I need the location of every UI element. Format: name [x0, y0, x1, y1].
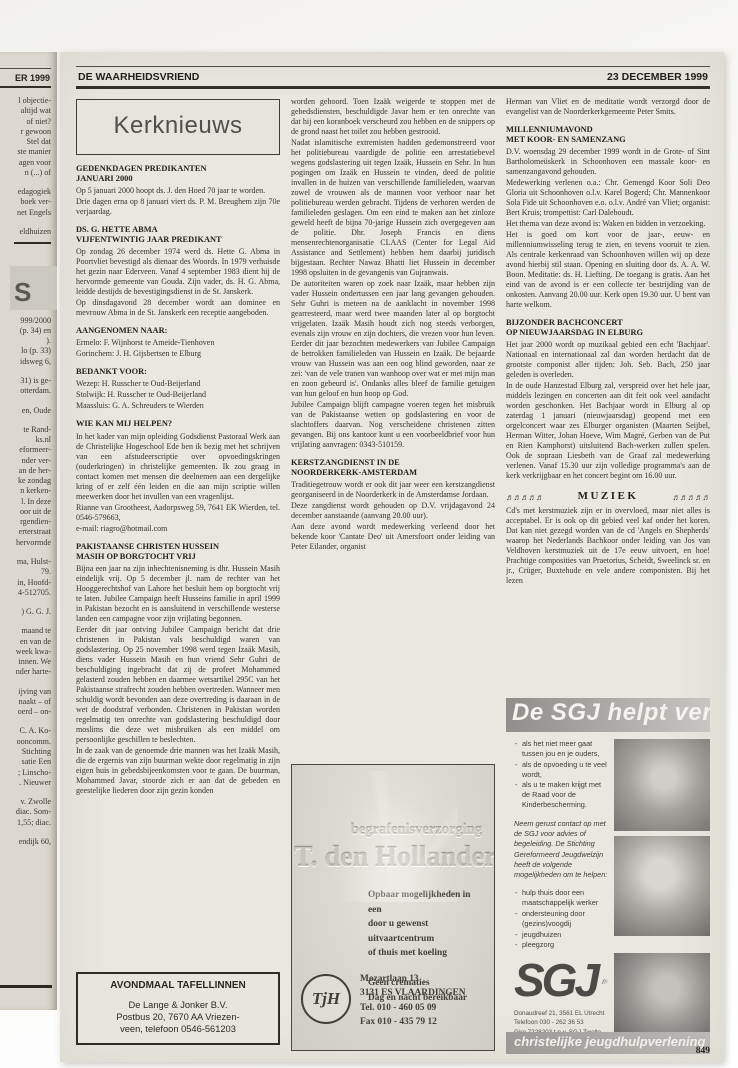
section-title: Kerknieuws: [113, 112, 242, 139]
paragraph: Wezep: H. Russcher te Oud-Beijerland: [76, 379, 280, 389]
sgj-logo-row: SGJ: [514, 960, 608, 1001]
section-heading: BIJZONDER BACHCONCERTOP NIEUWJAARSDAG IN…: [506, 318, 710, 338]
heading-line: OP NIEUWJAARSDAG IN ELBURG: [506, 328, 710, 338]
newspaper-page: DE WAARHEIDSVRIEND 23 DECEMBER 1999 Kerk…: [60, 52, 724, 1062]
previous-page-bottom-rule: [0, 985, 52, 988]
ad-line: De Lange & Jonker B.V.: [80, 999, 276, 1011]
left-strip-body: l objectie-altijd watof niet?r gewoonSte…: [0, 96, 51, 847]
cut-text-line: rgendien-: [0, 517, 51, 527]
ad-line: of thuis met koeling: [368, 946, 486, 961]
cut-text-line: v. Zwolle: [0, 797, 51, 807]
cut-text-line: 79.: [0, 567, 51, 577]
spacer: [0, 218, 51, 227]
ad-line: door u gewenst uitvaartcentrum: [368, 917, 486, 946]
section-heading: KERSTZANGDIENST IN DENOORDERKERK-AMSTERD…: [291, 458, 495, 478]
paragraph: Op zondag 26 december 1974 werd ds. Hett…: [76, 247, 280, 297]
sgj-logo: SGJ: [514, 960, 597, 1001]
cut-text-line: ).: [0, 336, 51, 346]
address-line: Mozartlaan 13: [360, 972, 466, 987]
cut-text-line: edagogiek: [0, 187, 51, 197]
cut-text-line: hervormde: [0, 538, 51, 548]
hollander-monogram-logo: TjH: [301, 974, 351, 1024]
heading-line: DS. G. HETTE ABMA: [76, 225, 280, 235]
sgj-bullets-top: als het niet meer gaat tussen jou en je …: [514, 739, 608, 810]
spacer: [0, 617, 51, 626]
issue-date: 23 DECEMBER 1999: [607, 71, 708, 83]
ad-line: Opbaar mogelijkheden in een: [368, 888, 486, 917]
paragraph: Deze zangdienst wordt gehouden op D.V. v…: [291, 501, 495, 521]
sgj-bullet: hulp thuis door een maatschappelijk werk…: [514, 888, 608, 908]
cut-text-line: eformeer-: [0, 445, 51, 455]
cut-text-line: en, Oude: [0, 406, 51, 416]
paragraph: Het jaar 2000 wordt op muzikaal gebied e…: [506, 340, 710, 380]
spacer: [0, 717, 51, 726]
heading-line: BEDANKT VOOR:: [76, 367, 280, 377]
paragraph: Gorinchem: J. H. Gijsbertsen te Elburg: [76, 349, 280, 359]
cut-text-line: erterstraat: [0, 527, 51, 537]
content-columns: Kerknieuws GEDENKDAGEN PREDIKANTENJANUAR…: [76, 97, 710, 1059]
column-2-text: worden gehoord. Toen Izaäk weigerde te s…: [291, 97, 495, 553]
ad-line: veen, telefoon 0546-561203: [80, 1023, 276, 1035]
paragraph: Ermelo: F. Wijnhorst te Ameide-Tienhoven: [76, 338, 280, 348]
paragraph: Eerder dit jaar ontving Jubilee Campaign…: [76, 625, 280, 745]
heading-line: MASIH OP BORGTOCHT VRIJ: [76, 552, 280, 562]
cut-text-line: . Nieuwer: [0, 778, 51, 788]
spacer: [0, 828, 51, 837]
cut-text-line: innen. We: [0, 657, 51, 667]
paragraph: Op 5 januari 2000 hoopt ds. J. den Hoed …: [76, 186, 280, 196]
cut-text-line: r gewoon: [0, 127, 51, 137]
music-notes-icon: ♬♬♬♬♬: [673, 492, 711, 503]
cut-text-line: otterdam.: [0, 386, 51, 396]
hollander-kicker: begrafenisverzorging: [300, 821, 486, 839]
cut-text-line: maand te: [0, 626, 51, 636]
cut-text-line: altijd wat: [0, 106, 51, 116]
cut-text-line: l. In deze: [0, 497, 51, 507]
photo-girl: [614, 836, 710, 936]
section-title-box: Kerknieuws: [76, 99, 280, 155]
cut-text-line: n kerken-: [0, 486, 51, 496]
paragraph: worden gehoord. Toen Izaäk weigerde te s…: [291, 97, 495, 137]
photo-boy-with-cap: [614, 739, 710, 831]
cut-text-line: ma, Hulst-: [0, 557, 51, 567]
paragraph: Op dinsdagavond 28 december wordt aan do…: [76, 298, 280, 318]
sgj-bullet: als het niet meer gaat tussen jou en je …: [514, 739, 608, 759]
cut-text-line: 1,55; diac.: [0, 818, 51, 828]
spacer: [0, 416, 51, 425]
heading-line: VIJFENTWINTIG JAAR PREDIKANT: [76, 235, 280, 245]
spacer: [0, 367, 51, 376]
spacer: [0, 678, 51, 687]
ad-sgj: De SGJ helpt verder als het niet meer ga…: [506, 698, 710, 1054]
sgj-photos: [614, 739, 710, 1043]
heading-line: MET KOOR- EN SAMENZANG: [506, 135, 710, 145]
ad-den-hollander: begrafenisverzorging T. den Hollander Op…: [291, 764, 495, 1051]
sgj-bullet: pleegzorg: [514, 940, 608, 950]
spacer: [0, 178, 51, 187]
paragraph: Nadat islamitische extremisten hadden ge…: [291, 138, 495, 278]
spacer: [0, 397, 51, 406]
cut-text-line: ke zondag: [0, 476, 51, 486]
paragraph: De autoriteiten waren op zoek naar Izaäk…: [291, 279, 495, 399]
column-1-text: GEDENKDAGEN PREDIKANTENJANUARI 2000Op 5 …: [76, 164, 280, 797]
paragraph: D.V. woensdag 29 december 1999 wordt in …: [506, 147, 710, 177]
column-1: Kerknieuws GEDENKDAGEN PREDIKANTENJANUAR…: [76, 97, 280, 1059]
paragraph: Jubilee Campaign blijft campagne voeren …: [291, 400, 495, 450]
address-line: Fax 010 - 435 79 12: [360, 1015, 466, 1030]
sgj-bullet: als u te maken krijgt met de Raad voor d…: [514, 780, 608, 810]
heading-line: NOORDERKERK-AMSTERDAM: [291, 468, 495, 478]
cut-text-line: l objectie-: [0, 96, 51, 106]
section-heading: MILLENNIUMAVONDMET KOOR- EN SAMENZANG: [506, 125, 710, 145]
heading-line: KERSTZANGDIENST IN DE: [291, 458, 495, 468]
hollander-address: Mozartlaan 133131 ES VLAARDINGENTel. 010…: [360, 972, 466, 1030]
section-heading: DS. G. HETTE ABMAVIJFENTWINTIG JAAR PRED…: [76, 225, 280, 245]
paragraph: Stolwijk: H. Russcher te Oud-Beijerland: [76, 390, 280, 400]
sgj-bullet: ondersteuning door (gezins)voogdij: [514, 909, 608, 929]
section-heading: GEDENKDAGEN PREDIKANTENJANUARI 2000: [76, 164, 280, 184]
publication-title: DE WAARHEIDSVRIEND: [78, 71, 199, 83]
paragraph: Drie dagen erna op 8 januari viert ds. P…: [76, 197, 280, 217]
section-heading: WIE KAN MIJ HELPEN?: [76, 419, 280, 429]
cut-text-line: n (...) of: [0, 168, 51, 178]
paragraph: Rianne van Grootheest, Aadorpsweg 59, 76…: [76, 503, 280, 523]
music-notes-icon: ♬♬♬♬♬: [506, 492, 544, 503]
section-heading: AANGENOMEN NAAR:: [76, 326, 280, 336]
ad-line: Postbus 20, 7670 AA Vriezen-: [80, 1011, 276, 1023]
cut-text-line: week kwa-: [0, 647, 51, 657]
paragraph: Het thema van deze avond is: Waken en bi…: [506, 219, 710, 229]
cut-text-line: net Engels: [0, 208, 51, 218]
previous-page-edge: ER 1999 l objectie-altijd watof niet?r g…: [0, 52, 57, 1010]
address-line: Telefoon 030 - 262 36 53: [514, 1018, 608, 1028]
heading-line: AANGENOMEN NAAR:: [76, 326, 280, 336]
cut-text-line: 4-512705.: [0, 588, 51, 598]
cut-text-line: in, Hoofd-: [0, 578, 51, 588]
ad-tafellinnen-lines: De Lange & Jonker B.V.Postbus 20, 7670 A…: [80, 999, 276, 1035]
cut-text-line: agen voor: [0, 158, 51, 168]
cut-text-line: an de her-: [0, 466, 51, 476]
section-heading: BEDANKT VOOR:: [76, 367, 280, 377]
sgj-footer-banner: christelijke jeugdhulpverlening: [506, 1032, 710, 1054]
paragraph: In de oude Hanzestad Elburg zal, verspre…: [506, 381, 710, 481]
heading-line: GEDENKDAGEN PREDIKANTEN: [76, 164, 280, 174]
sgj-text: als het niet meer gaat tussen jou en je …: [506, 739, 608, 1043]
cut-text-line: ; Linscho-: [0, 768, 51, 778]
heading-line: MILLENNIUMAVOND: [506, 125, 710, 135]
cut-text-line: Stel dat: [0, 137, 51, 147]
spacer: [0, 249, 51, 258]
cut-text-line: ooncomm.: [0, 737, 51, 747]
cut-text-line: idsweg 6,: [0, 357, 51, 367]
paragraph: Aan deze avond wordt medewerking verleen…: [291, 522, 495, 552]
cut-text-line: naakt – of: [0, 697, 51, 707]
sgj-banner-title: De SGJ helpt verder: [506, 698, 710, 732]
cut-text-line: oor uit de: [0, 507, 51, 517]
cut-text-line: diac. Som-: [0, 807, 51, 817]
heading-line: BIJZONDER BACHCONCERT: [506, 318, 710, 328]
cut-text-line: satie Een: [0, 757, 51, 767]
ad-tafellinnen-title: AVONDMAAL TAFELLINNEN: [80, 980, 276, 993]
paragraph: Herman van Vliet en de meditatie wordt v…: [506, 97, 710, 117]
previous-page-masthead: ER 1999: [0, 68, 51, 88]
cut-text-line: boek ver-: [0, 197, 51, 207]
cut-text-line: 999/2000: [0, 316, 51, 326]
scanned-newspaper: { "colors":{"paper":"#e9e7e0","strip_pap…: [0, 0, 738, 1068]
paragraph: Cd's met kerstmuziek zijn er in overvloe…: [506, 506, 710, 586]
cut-text-line: C. A. Ko-: [0, 726, 51, 736]
column-3-text: Herman van Vliet en de meditatie wordt v…: [506, 97, 710, 587]
page-number: 849: [696, 1046, 710, 1056]
hollander-body: Opbaar mogelijkheden in eendoor u gewens…: [368, 888, 486, 961]
sgj-bullet: als de opvoeding u te veel wordt,: [514, 760, 608, 780]
section-heading: PAKISTAANSE CHRISTEN HUSSEINMASIH OP BOR…: [76, 542, 280, 562]
heading-line: JANUARI 2000: [76, 174, 280, 184]
sgj-body: als het niet meer gaat tussen jou en je …: [506, 739, 710, 1043]
cut-text-line: nder ver-: [0, 456, 51, 466]
cut-text-line: oerd – on-: [0, 707, 51, 717]
cut-text-line: nder harte-: [0, 667, 51, 677]
cut-text-line: 31) is ge-: [0, 376, 51, 386]
spacer: [0, 598, 51, 607]
muziek-label: MUZIEK: [578, 490, 639, 504]
cut-text-line: endijk 60,: [0, 837, 51, 847]
address-line: Donaudreef 21, 3561 EL Utrecht: [514, 1009, 608, 1019]
paragraph: Traditiegetrouw wordt er ook dit jaar we…: [291, 480, 495, 500]
spacer: [0, 788, 51, 797]
hollander-title: T. den Hollander: [294, 840, 486, 875]
cut-text-line: lo (p. 33): [0, 346, 51, 356]
paragraph: e-mail: riagro@hotmail.com: [76, 524, 280, 534]
column-3: Herman van Vliet en de meditatie wordt v…: [506, 97, 710, 1059]
cut-text-line: ks.nl: [0, 435, 51, 445]
column-2: worden gehoord. Toen Izaäk weigerde te s…: [291, 97, 495, 1059]
paragraph: Bijna een jaar na zijn inhechtenisneming…: [76, 564, 280, 624]
sgj-flame-icon: [601, 964, 608, 998]
partial-heading-box: S: [10, 266, 57, 310]
cut-text-line: (p. 34) en: [0, 326, 51, 336]
cut-text-line: ijving van: [0, 687, 51, 697]
ad-avondmaal-tafellinnen: AVONDMAAL TAFELLINNEN De Lange & Jonker …: [76, 972, 280, 1045]
cut-text-line: eldhuizen: [0, 227, 51, 237]
cut-text-line: en van de: [0, 637, 51, 647]
cut-text-line: of niet?: [0, 117, 51, 127]
spacer: [0, 548, 51, 557]
heading-line: PAKISTAANSE CHRISTEN HUSSEIN: [76, 542, 280, 552]
address-line: Tel. 010 - 460 05 09: [360, 1001, 466, 1016]
address-line: 3131 ES VLAARDINGEN: [360, 986, 466, 1001]
masthead: DE WAARHEIDSVRIEND 23 DECEMBER 1999: [76, 66, 710, 89]
cut-text-line: Stichting: [0, 747, 51, 757]
paragraph: Maassluis: G. A. Schreuders te Wierden: [76, 401, 280, 411]
paragraph: In het kader van mijn opleiding Godsdien…: [76, 432, 280, 502]
paragraph: Medewerking verlenen o.a.: Chr. Gemengd …: [506, 178, 710, 218]
cut-text-line: ) G. G. J.: [0, 607, 51, 617]
sgj-intro: Neem gerust contact op met de SGJ voor a…: [514, 819, 608, 880]
paragraph: Het is goed om kort voor de jaar-, eeuw-…: [506, 230, 710, 310]
divider-rule: [14, 242, 51, 244]
heading-line: WIE KAN MIJ HELPEN?: [76, 419, 280, 429]
sgj-bullets-bottom: hulp thuis door een maatschappelijk werk…: [514, 888, 608, 950]
sgj-bullet: jeugdhuizen: [514, 930, 608, 940]
muziek-heading: ♬♬♬♬♬MUZIEK♬♬♬♬♬: [506, 490, 710, 504]
cut-text-line: ste manier: [0, 147, 51, 157]
photo-man-with-glasses: [614, 953, 710, 1043]
cut-text-line: te Rand-: [0, 425, 51, 435]
paragraph: In de zaak van de genoemde drie mannen w…: [76, 746, 280, 796]
